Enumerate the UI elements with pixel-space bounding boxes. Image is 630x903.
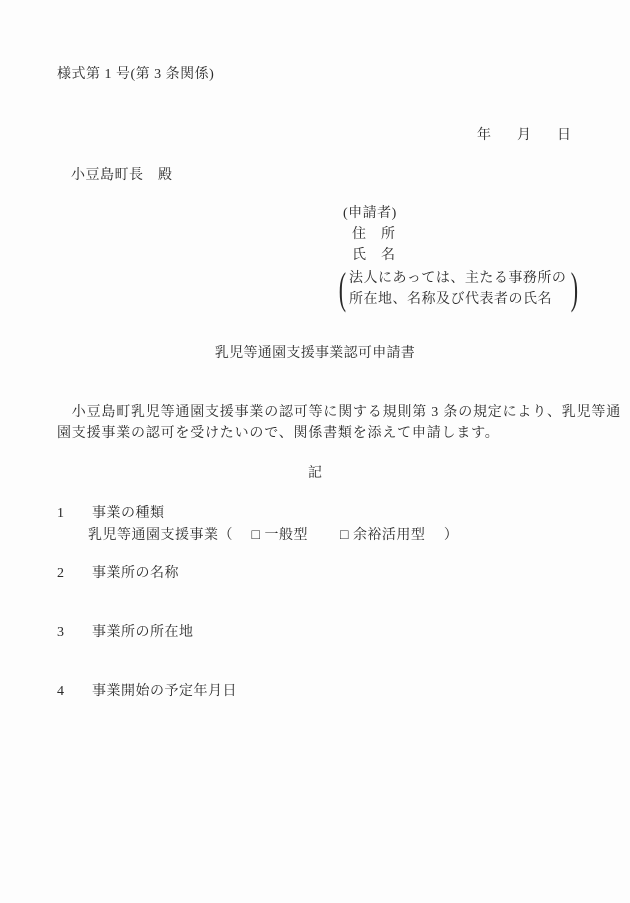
item-label: 事業所の名称 xyxy=(92,566,179,581)
section-marker: 記 xyxy=(0,462,630,482)
document-title: 乳児等通園支援事業認可申請書 xyxy=(0,342,630,362)
item-number: 3 xyxy=(57,625,88,641)
checkbox-general-type[interactable]: □ xyxy=(252,528,261,543)
application-form-page: 様式第 1 号(第 3 条関係) 年 月 日 小豆島町長 殿 (申請者) 住 所… xyxy=(0,0,630,903)
applicant-block: (申請者) 住 所 氏 名 ( 法人にあっては、主たる事務所の 所在地、名称及び… xyxy=(336,203,579,311)
addressee: 小豆島町長 殿 xyxy=(71,164,173,184)
corporate-note-line2: 所在地、名称及び代表者の氏名 xyxy=(349,289,566,310)
year-label: 年 xyxy=(477,124,491,144)
item-planned-start-date: 4 事業開始の予定年月日 xyxy=(57,680,237,700)
date-line: 年 月 日 xyxy=(477,124,571,144)
business-type-options: 乳児等通園支援事業（ □ 一般型 □ 余裕活用型 ） xyxy=(88,524,458,544)
body-paragraph-line1: 小豆島町乳児等通園支援事業の認可等に関する規則第 3 条の規定により、乳児等通 xyxy=(57,402,617,423)
bracket-left-decoration: ( xyxy=(339,267,345,311)
month-label: 月 xyxy=(517,124,531,144)
corporate-note-line1: 法人にあっては、主たる事務所の xyxy=(349,268,566,289)
item-number: 2 xyxy=(57,566,88,582)
applicant-address-label: 住 所 xyxy=(336,224,579,245)
day-label: 日 xyxy=(557,124,571,144)
corporate-note-text: 法人にあっては、主たる事務所の 所在地、名称及び代表者の氏名 xyxy=(347,268,568,310)
item-office-name: 2 事業所の名称 xyxy=(57,562,179,582)
business-type-suffix: ） xyxy=(429,528,458,543)
surplus-utilization-type-label: 余裕活用型 xyxy=(353,528,426,543)
bracket-right-decoration: ) xyxy=(571,267,577,311)
form-number: 様式第 1 号(第 3 条関係) xyxy=(57,63,214,83)
applicant-name-label: 氏 名 xyxy=(336,245,579,266)
item-label: 事業の種類 xyxy=(92,506,165,521)
item-label: 事業開始の予定年月日 xyxy=(92,684,237,699)
body-paragraph-line2: 園支援事業の認可を受けたいので、関係書類を添えて申請します。 xyxy=(57,423,617,444)
item-number: 1 xyxy=(57,506,88,522)
item-label: 事業所の所在地 xyxy=(92,625,194,640)
general-type-label: 一般型 xyxy=(264,528,308,543)
applicant-heading: (申請者) xyxy=(336,203,579,224)
item-office-location: 3 事業所の所在地 xyxy=(57,621,194,641)
item-business-type: 1 事業の種類 xyxy=(57,502,165,522)
checkbox-surplus-utilization-type[interactable]: □ xyxy=(340,528,349,543)
body-paragraph: 小豆島町乳児等通園支援事業の認可等に関する規則第 3 条の規定により、乳児等通 … xyxy=(57,402,617,444)
corporate-note: ( 法人にあっては、主たる事務所の 所在地、名称及び代表者の氏名 ) xyxy=(336,267,579,311)
business-type-prefix: 乳児等通園支援事業（ xyxy=(88,528,248,543)
item-number: 4 xyxy=(57,684,88,700)
